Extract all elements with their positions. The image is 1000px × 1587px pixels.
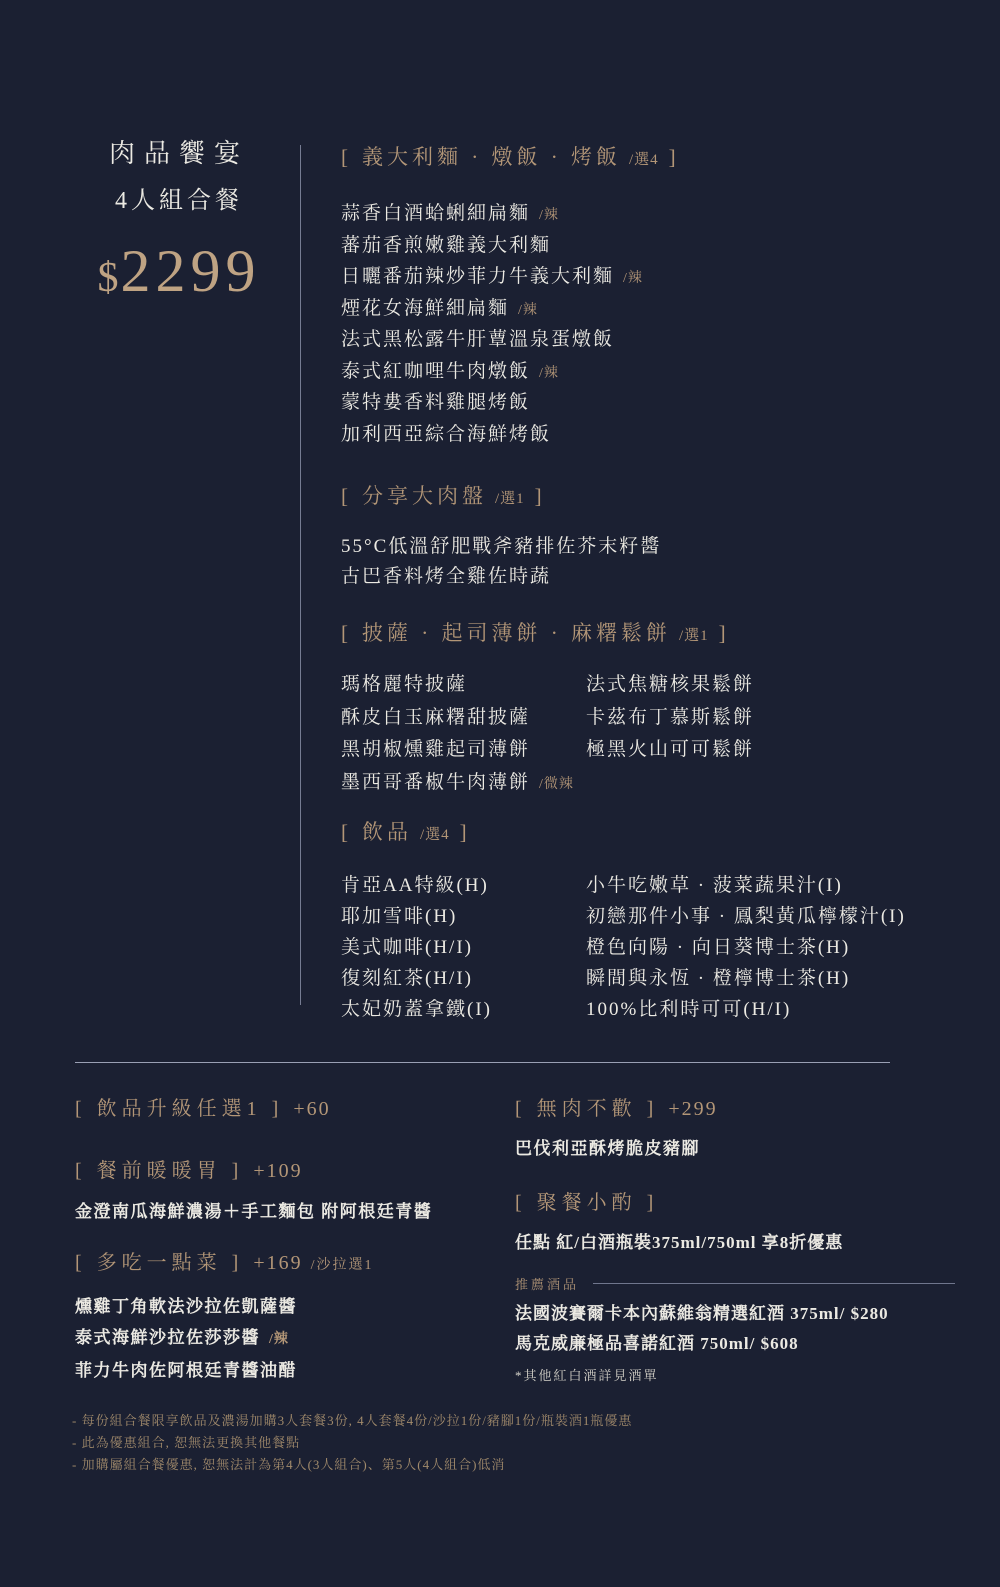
menu-item: 蕃茄香煎嫩雞義大利麵 [341,231,971,263]
menu-item: 耶加雪啡(H) [341,901,586,932]
menu-item: 肯亞AA特級(H) [341,870,586,901]
section-header: [義大利麵 · 燉飯 · 烤飯/選4] [341,142,971,175]
section-title: 分享大肉盤 [362,484,487,508]
menu-item: 墨西哥番椒牛肉薄餅/微辣 [341,767,586,802]
spicy-tag: /微辣 [539,777,574,792]
bracket: ] [460,820,471,844]
menu-item: 美式咖啡(H/I) [341,932,586,963]
menu-item: 極黑火山可可鬆餅 [586,734,971,767]
spicy-tag: /辣 [539,208,559,223]
bracket: [ [75,1160,87,1182]
two-column-list: 肯亞AA特級(H) 耶加雪啡(H) 美式咖啡(H/I) 復刻紅茶(H/I) 太妃… [341,870,971,1025]
wine-list: 法國波賽爾卡本內蘇維翁精選紅酒 375ml/ $280 馬克威廉極品喜諾紅酒 7… [515,1299,955,1359]
footnote-line: - 每份組合餐限享飲品及濃湯加購3人套餐3份, 4人套餐4份/沙拉1份/豬腳1份… [72,1410,632,1432]
bracket: [ [75,1252,87,1274]
addon-item: 泰式海鮮沙拉佐莎莎醬/辣 [75,1322,495,1355]
bracket: [ [341,484,352,508]
recommend-row: 推薦酒品 [515,1274,955,1293]
menu-item: 煙花女海鮮細扁麵/辣 [341,294,971,326]
bracket: ] [719,621,730,645]
footnote-line: - 加購屬組合餐優惠, 恕無法計為第4人(3人組合)、第5人(4人組合)低消 [72,1454,632,1476]
section-items: 蒜香白酒蛤蜊細扁麵/辣 蕃茄香煎嫩雞義大利麵 日曬番茄辣炒菲力牛義大利麵/辣 煙… [341,199,971,451]
addon-price: +60 [293,1098,330,1120]
addon-items: 燻雞丁角軟法沙拉佐凱薩醬 泰式海鮮沙拉佐莎莎醬/辣 菲力牛肉佐阿根廷青醬油醋 [75,1291,495,1386]
section-header: [披薩 · 起司薄餅 · 麻糬鬆餅/選1] [341,618,971,651]
two-column-list: 瑪格麗特披薩 酥皮白玉麻糬甜披薩 黑胡椒燻雞起司薄餅 墨西哥番椒牛肉薄餅/微辣 … [341,669,971,801]
menu-item: 瞬間與永恆 · 橙檸博士茶(H) [586,963,971,994]
menu-item: 復刻紅茶(H/I) [341,963,586,994]
addon-item: 菲力牛肉佐阿根廷青醬油醋 [75,1355,495,1386]
section-items: 55°C低溫舒肥戰斧豬排佐芥末籽醬 古巴香料烤全雞佐時蔬 [341,532,971,592]
menu-item: 小牛吃嫩草 · 菠菜蔬果汁(I) [586,870,971,901]
addon-note: /沙拉選1 [311,1258,374,1273]
combo-title: 肉品饗宴 [58,138,300,170]
bracket: ] [647,1098,659,1120]
menu-item: 100%比利時可可(H/I) [586,994,971,1025]
addons-right-column: [無肉不歡]+299 巴伐利亞酥烤脆皮豬腳 [聚餐小酌] 任點 紅/白酒瓶裝37… [515,1096,955,1384]
bracket: ] [272,1098,284,1120]
section-note: /選1 [495,491,525,507]
addon-price: +109 [253,1160,302,1182]
left-items: 瑪格麗特披薩 酥皮白玉麻糬甜披薩 黑胡椒燻雞起司薄餅 墨西哥番椒牛肉薄餅/微辣 [341,669,586,801]
combo-block: 肉品饗宴 4人組合餐 $2299 [58,138,300,309]
section-title: 飲品 [362,820,412,844]
section-note: /選4 [420,827,450,843]
bracket: [ [341,145,352,169]
bracket: [ [515,1192,527,1214]
menu-item: 55°C低溫舒肥戰斧豬排佐芥末籽醬 [341,532,971,562]
addon-header-gathering-drinks: [聚餐小酌] [515,1190,955,1216]
menu-item: 蒜香白酒蛤蜊細扁麵/辣 [341,199,971,231]
bracket: ] [535,484,546,508]
currency-symbol: $ [98,255,121,301]
right-items: 法式焦糖核果鬆餅 卡茲布丁慕斯鬆餅 極黑火山可可鬆餅 [586,669,971,801]
combo-price: $2299 [58,240,300,309]
section-meat-platter: [分享大肉盤/選1] 55°C低溫舒肥戰斧豬排佐芥末籽醬 古巴香料烤全雞佐時蔬 [341,481,971,592]
section-header: [分享大肉盤/選1] [341,481,971,514]
addon-item: 金澄南瓜海鮮濃湯＋手工麵包 附阿根廷青醬 [75,1200,495,1224]
addon-price: +169 [253,1252,302,1274]
menu-item: 泰式紅咖哩牛肉燉飯/辣 [341,357,971,389]
spicy-tag: /辣 [539,366,559,381]
menu-item: 橙色向陽 · 向日葵博士茶(H) [586,932,971,963]
bracket: ] [232,1252,244,1274]
bracket: [ [515,1098,527,1120]
addons-left-column: [飲品升級任選1]+60 [餐前暖暖胃]+109 金澄南瓜海鮮濃湯＋手工麵包 附… [75,1096,495,1386]
section-pasta-rice: [義大利麵 · 燉飯 · 烤飯/選4] 蒜香白酒蛤蜊細扁麵/辣 蕃茄香煎嫩雞義大… [341,142,971,451]
menu-item: 瑪格麗特披薩 [341,669,586,702]
menu-item: 初戀那件小事 · 鳳梨黃瓜檸檬汁(I) [586,901,971,932]
spicy-tag: /辣 [269,1332,289,1347]
bracket: ] [669,145,680,169]
horizontal-divider [75,1062,890,1063]
menu-item: 太妃奶蓋拿鐵(I) [341,994,586,1025]
wine-note: *其他紅白酒詳見酒單 [515,1365,955,1384]
wine-offer: 任點 紅/白酒瓶裝375ml/750ml 享8折優惠 [515,1230,955,1256]
right-items: 小牛吃嫩草 · 菠菜蔬果汁(I) 初戀那件小事 · 鳳梨黃瓜檸檬汁(I) 橙色向… [586,870,971,1025]
addon-header-meat-lover: [無肉不歡]+299 [515,1096,955,1122]
addon-item: 巴伐利亞酥烤脆皮豬腳 [515,1136,955,1162]
footnote-line: - 此為優惠組合, 恕無法更換其他餐點 [72,1432,632,1454]
menu-page: 肉品饗宴 4人組合餐 $2299 [義大利麵 · 燉飯 · 烤飯/選4] 蒜香白… [0,0,1000,1587]
wine-item: 馬克威廉極品喜諾紅酒 750ml/ $608 [515,1329,955,1359]
recommend-rule [593,1283,955,1284]
section-note: /選4 [629,152,659,168]
section-title: 披薩 · 起司薄餅 · 麻糬鬆餅 [362,621,671,645]
vertical-divider [300,145,301,1005]
menu-item: 加利西亞綜合海鮮烤飯 [341,420,971,452]
menu-item: 卡茲布丁慕斯鬆餅 [586,702,971,735]
addon-header-drink-upgrade: [飲品升級任選1]+60 [75,1096,495,1122]
menu-item: 蒙特婁香料雞腿烤飯 [341,388,971,420]
section-header: [飲品/選4] [341,817,971,850]
menu-item: 古巴香料烤全雞佐時蔬 [341,562,971,592]
left-items: 肯亞AA特級(H) 耶加雪啡(H) 美式咖啡(H/I) 復刻紅茶(H/I) 太妃… [341,870,586,1025]
menu-column: [義大利麵 · 燉飯 · 烤飯/選4] 蒜香白酒蛤蜊細扁麵/辣 蕃茄香煎嫩雞義大… [341,142,971,1025]
bracket: [ [75,1098,87,1120]
section-title: 義大利麵 · 燉飯 · 烤飯 [362,145,621,169]
spicy-tag: /辣 [518,303,538,318]
section-note: /選1 [679,628,709,644]
spicy-tag: /辣 [623,271,643,286]
addon-item: 燻雞丁角軟法沙拉佐凱薩醬 [75,1291,495,1322]
bracket: ] [232,1160,244,1182]
addon-header-extra-dish: [多吃一點菜]+169/沙拉選1 [75,1250,495,1279]
addon-header-starter: [餐前暖暖胃]+109 [75,1158,495,1184]
menu-item: 黑胡椒燻雞起司薄餅 [341,734,586,767]
menu-item: 酥皮白玉麻糬甜披薩 [341,702,586,735]
price-amount: 2299 [121,238,261,304]
addon-price: +299 [668,1098,717,1120]
wine-item: 法國波賽爾卡本內蘇維翁精選紅酒 375ml/ $280 [515,1299,955,1329]
recommend-label: 推薦酒品 [515,1274,579,1293]
bracket: ] [647,1192,659,1214]
section-pizza-waffle: [披薩 · 起司薄餅 · 麻糬鬆餅/選1] 瑪格麗特披薩 酥皮白玉麻糬甜披薩 黑… [341,618,971,801]
menu-item: 日曬番茄辣炒菲力牛義大利麵/辣 [341,262,971,294]
menu-item: 法式黑松露牛肝蕈溫泉蛋燉飯 [341,325,971,357]
menu-item: 法式焦糖核果鬆餅 [586,669,971,702]
combo-subtitle: 4人組合餐 [58,186,300,216]
section-drinks: [飲品/選4] 肯亞AA特級(H) 耶加雪啡(H) 美式咖啡(H/I) 復刻紅茶… [341,817,971,1025]
bracket: [ [341,820,352,844]
bracket: [ [341,621,352,645]
footnotes: - 每份組合餐限享飲品及濃湯加購3人套餐3份, 4人套餐4份/沙拉1份/豬腳1份… [72,1410,632,1476]
